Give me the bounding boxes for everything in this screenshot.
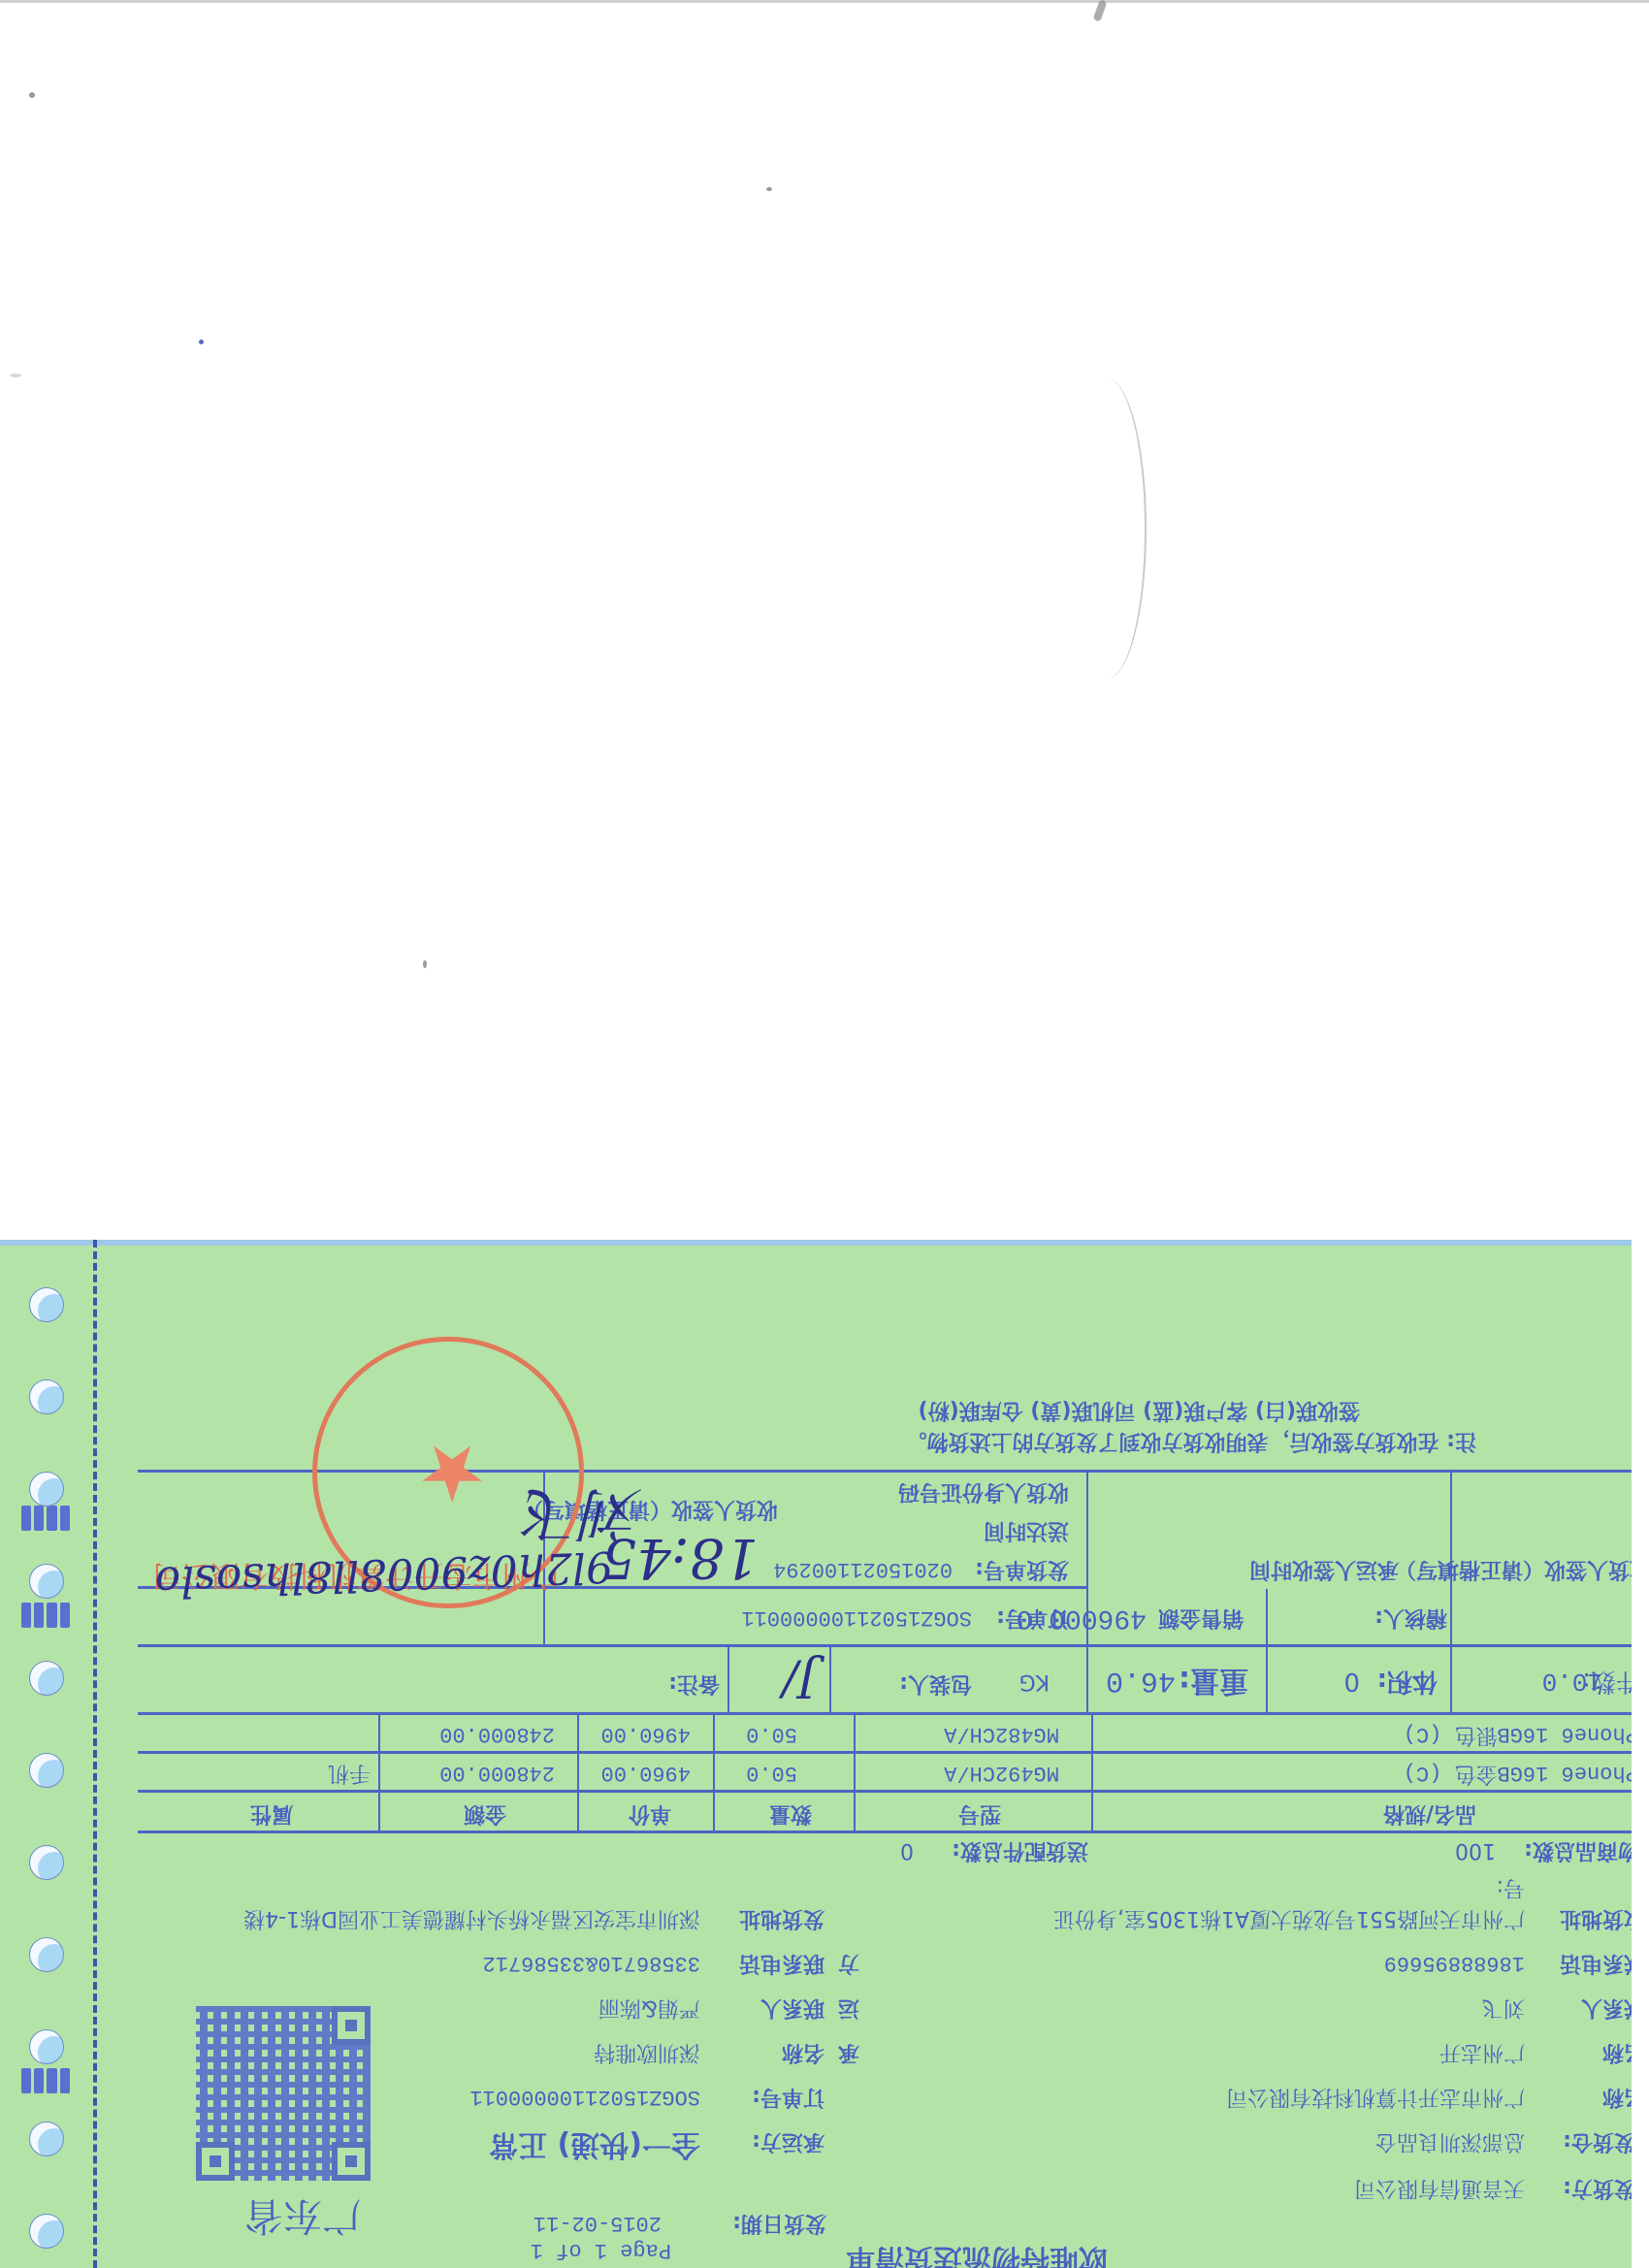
- volume-label: 体积:: [1377, 1666, 1438, 1696]
- order-number: SOGZ15021100000011: [741, 1604, 972, 1630]
- header-attr: 属性: [250, 1800, 293, 1826]
- ship-number: 02015021100294: [773, 1556, 953, 1581]
- receiver-name: 广州市志开计算机科技有限公司: [1226, 2084, 1525, 2109]
- table-rule: [138, 1790, 1632, 1793]
- handwritten-signature: 刘飞: [526, 1476, 642, 1560]
- receiver-sign-label: 收货人签收（请正楷填写）: [1395, 1556, 1632, 1581]
- carrier-value: 全一(快递) 正常: [489, 2126, 700, 2161]
- table-rule: [138, 1712, 1632, 1715]
- weight-unit: KG: [1019, 1669, 1050, 1694]
- feed-hole: [29, 1287, 64, 1322]
- cell-model: MG482CH/A: [944, 1721, 1059, 1746]
- goods-total: 100: [1455, 1837, 1496, 1863]
- summary-col: [1450, 1473, 1452, 1715]
- carrier-contact: 严娟&陈丽: [598, 1994, 700, 2020]
- feed-hole: [29, 1845, 64, 1880]
- delivery-slip: 欧唯特物流送货清单 Page 1 of 1 发货日期: 2015-02-11 发…: [0, 1240, 1632, 2268]
- feed-hole: [29, 1472, 64, 1507]
- carrier-address: 深圳市宝安区福永桥头村耀德美工业园D栋1-4楼: [243, 1905, 700, 1930]
- summary-col: [727, 1647, 729, 1715]
- volume-value: 0: [1343, 1666, 1360, 1696]
- shipper-party-label: 发货方:: [1563, 2175, 1632, 2200]
- scan-streak: [1092, 0, 1107, 22]
- feed-hole: [29, 2122, 64, 2156]
- cell-qty: 50.0: [746, 1760, 797, 1785]
- scan-speck: [766, 187, 772, 191]
- feed-marks: [21, 2068, 70, 2093]
- feed-hole: [29, 1937, 64, 1972]
- cell-name: iPhone6 16GB金色 (C): [1404, 1760, 1632, 1785]
- table-rule: [138, 1644, 1632, 1647]
- scan-top-edge: [0, 0, 1649, 3]
- carrier-sign-time-label: 承运人签收时间: [1249, 1556, 1399, 1581]
- order-label: 订单号:: [996, 1604, 1069, 1630]
- table-col: [1091, 1715, 1093, 1833]
- carrier-name-label: 名称: [782, 2039, 824, 2064]
- tractor-feed-strip: [0, 1240, 93, 2268]
- receiver-id-number-label: 收货人身份证号码: [898, 1478, 1069, 1504]
- cell-name: iPhone6 16GB银色 (C): [1404, 1721, 1632, 1746]
- feed-hole: [29, 1661, 64, 1696]
- table-col: [713, 1715, 715, 1833]
- packer-signature: J/: [783, 1653, 817, 1707]
- carrier-side-label-2: 运: [838, 1994, 859, 2020]
- table-col: [854, 1715, 856, 1833]
- carrier-phone: 33586710&33586712: [483, 1950, 700, 1975]
- header-qty: 数量: [769, 1800, 812, 1826]
- parts-total-label: 送货配件总数:: [952, 1837, 1088, 1863]
- feed-hole: [29, 1753, 64, 1788]
- receiver-phone: 18688895669: [1384, 1950, 1525, 1975]
- stamp-star-icon: ★: [417, 1434, 487, 1511]
- qr-finder: [196, 2142, 235, 2181]
- receiver-address-label: 收货地址: [1560, 1905, 1632, 1930]
- province-label: 广东省: [244, 2192, 361, 2239]
- receiver-contact-label: 联系人: [1581, 1994, 1632, 2020]
- scan-speck: [29, 92, 35, 98]
- receiver-short-label: 名称: [1602, 2039, 1632, 2064]
- cell-amount: 248000.00: [439, 1721, 555, 1746]
- header-model: 型号: [958, 1800, 1001, 1826]
- carrier-phone-label: 联系电话: [739, 1950, 824, 1975]
- ship-date-label: 发货日期:: [732, 2210, 826, 2235]
- receiver-name-label: 名称: [1602, 2084, 1632, 2109]
- header-name: 品名/规格: [1383, 1800, 1476, 1826]
- ship-date: 2015-02-11: [533, 2210, 662, 2235]
- qr-code: [196, 2006, 371, 2181]
- cell-attr: 手机: [328, 1760, 371, 1785]
- summary-col: [829, 1647, 831, 1715]
- weight-value: 46.0: [1106, 1663, 1176, 1698]
- warehouse: 总部深圳良品仓: [1375, 2128, 1525, 2154]
- goods-total-label: 实物商品总数:: [1524, 1837, 1632, 1863]
- receiver-id-label: 号:: [1497, 1874, 1525, 1899]
- auditor-label: 稽核人:: [1374, 1604, 1447, 1630]
- summary-col: [1266, 1589, 1268, 1715]
- header-price: 单价: [629, 1800, 671, 1826]
- ship-no-label: 发货单号:: [975, 1556, 1069, 1581]
- carrier-name: 深圳欧唯特: [594, 2039, 700, 2064]
- cell-qty: 50.0: [746, 1721, 797, 1746]
- feed-hole: [29, 2214, 64, 2249]
- table-col: [577, 1715, 579, 1833]
- order-label-top: 订单号:: [752, 2084, 824, 2109]
- receiver-phone-label: 联系电话: [1560, 1950, 1632, 1975]
- weight-label: 重量:: [1179, 1663, 1248, 1698]
- carrier-side-label-3: 方: [838, 1950, 859, 1975]
- feed-hole: [29, 1564, 64, 1599]
- carrier-address-label: 发货地址: [739, 1905, 824, 1930]
- cell-price: 4960.00: [601, 1721, 691, 1746]
- parts-total: 0: [900, 1837, 914, 1863]
- remark-label: 备注:: [668, 1670, 720, 1696]
- document-title: 欧唯特物流送货清单: [846, 2241, 1108, 2268]
- table-rule: [138, 1831, 1632, 1833]
- table-col: [378, 1715, 380, 1833]
- perforation-line: [93, 1240, 97, 2268]
- order-number-top: SOGZ15021100000011: [469, 2084, 700, 2109]
- qr-finder: [332, 2006, 371, 2045]
- table-rule: [138, 1751, 1632, 1754]
- summary-col: [1086, 1473, 1088, 1715]
- cell-price: 4960.00: [601, 1760, 691, 1785]
- shipper-party: 天音通信有限公司: [1354, 2175, 1525, 2200]
- note-line-2: 签收联(白) 客户联(蓝) 司机联(黄) 仓库联(粉): [919, 1397, 1360, 1422]
- paper-edge: [0, 1240, 1632, 1246]
- receiver-address: 广州市天河路551号龙苑大厦A1栋1305室,身份证: [1053, 1905, 1525, 1930]
- page-indicator: Page 1 of 1: [531, 2237, 671, 2262]
- arrival-time-label: 送达时间: [984, 1517, 1069, 1542]
- carrier-contact-label: 联系人: [760, 1994, 824, 2020]
- scan-speck: [199, 340, 204, 344]
- scan-speck: [10, 373, 21, 377]
- cell-amount: 248000.00: [439, 1760, 555, 1785]
- carrier-label: 承运方:: [752, 2128, 824, 2154]
- receiver-short-name: 广州志开: [1439, 2039, 1525, 2064]
- feed-marks: [21, 1603, 70, 1628]
- feed-hole: [29, 1379, 64, 1414]
- note-line-1: 注: 在收货方签收后，表明收货方收到了发货方的上述货物。: [906, 1428, 1476, 1453]
- packer-label: 包装人:: [899, 1670, 972, 1696]
- scan-speck: [423, 960, 427, 968]
- warehouse-label: 发货仓:: [1563, 2128, 1632, 2154]
- receiver-contact: 刘飞: [1482, 1994, 1525, 2020]
- feed-marks: [21, 1506, 70, 1531]
- pieces-value: 10.0: [1542, 1666, 1602, 1696]
- carrier-side-label-1: 承: [838, 2039, 859, 2064]
- sales-label: 销售金额: [1158, 1604, 1244, 1630]
- header-amount: 金额: [464, 1800, 506, 1826]
- feed-hole: [29, 2029, 64, 2064]
- cell-model: MG492CH/A: [944, 1760, 1059, 1785]
- qr-finder: [332, 2142, 371, 2181]
- scan-artifact-arc: [1067, 378, 1147, 679]
